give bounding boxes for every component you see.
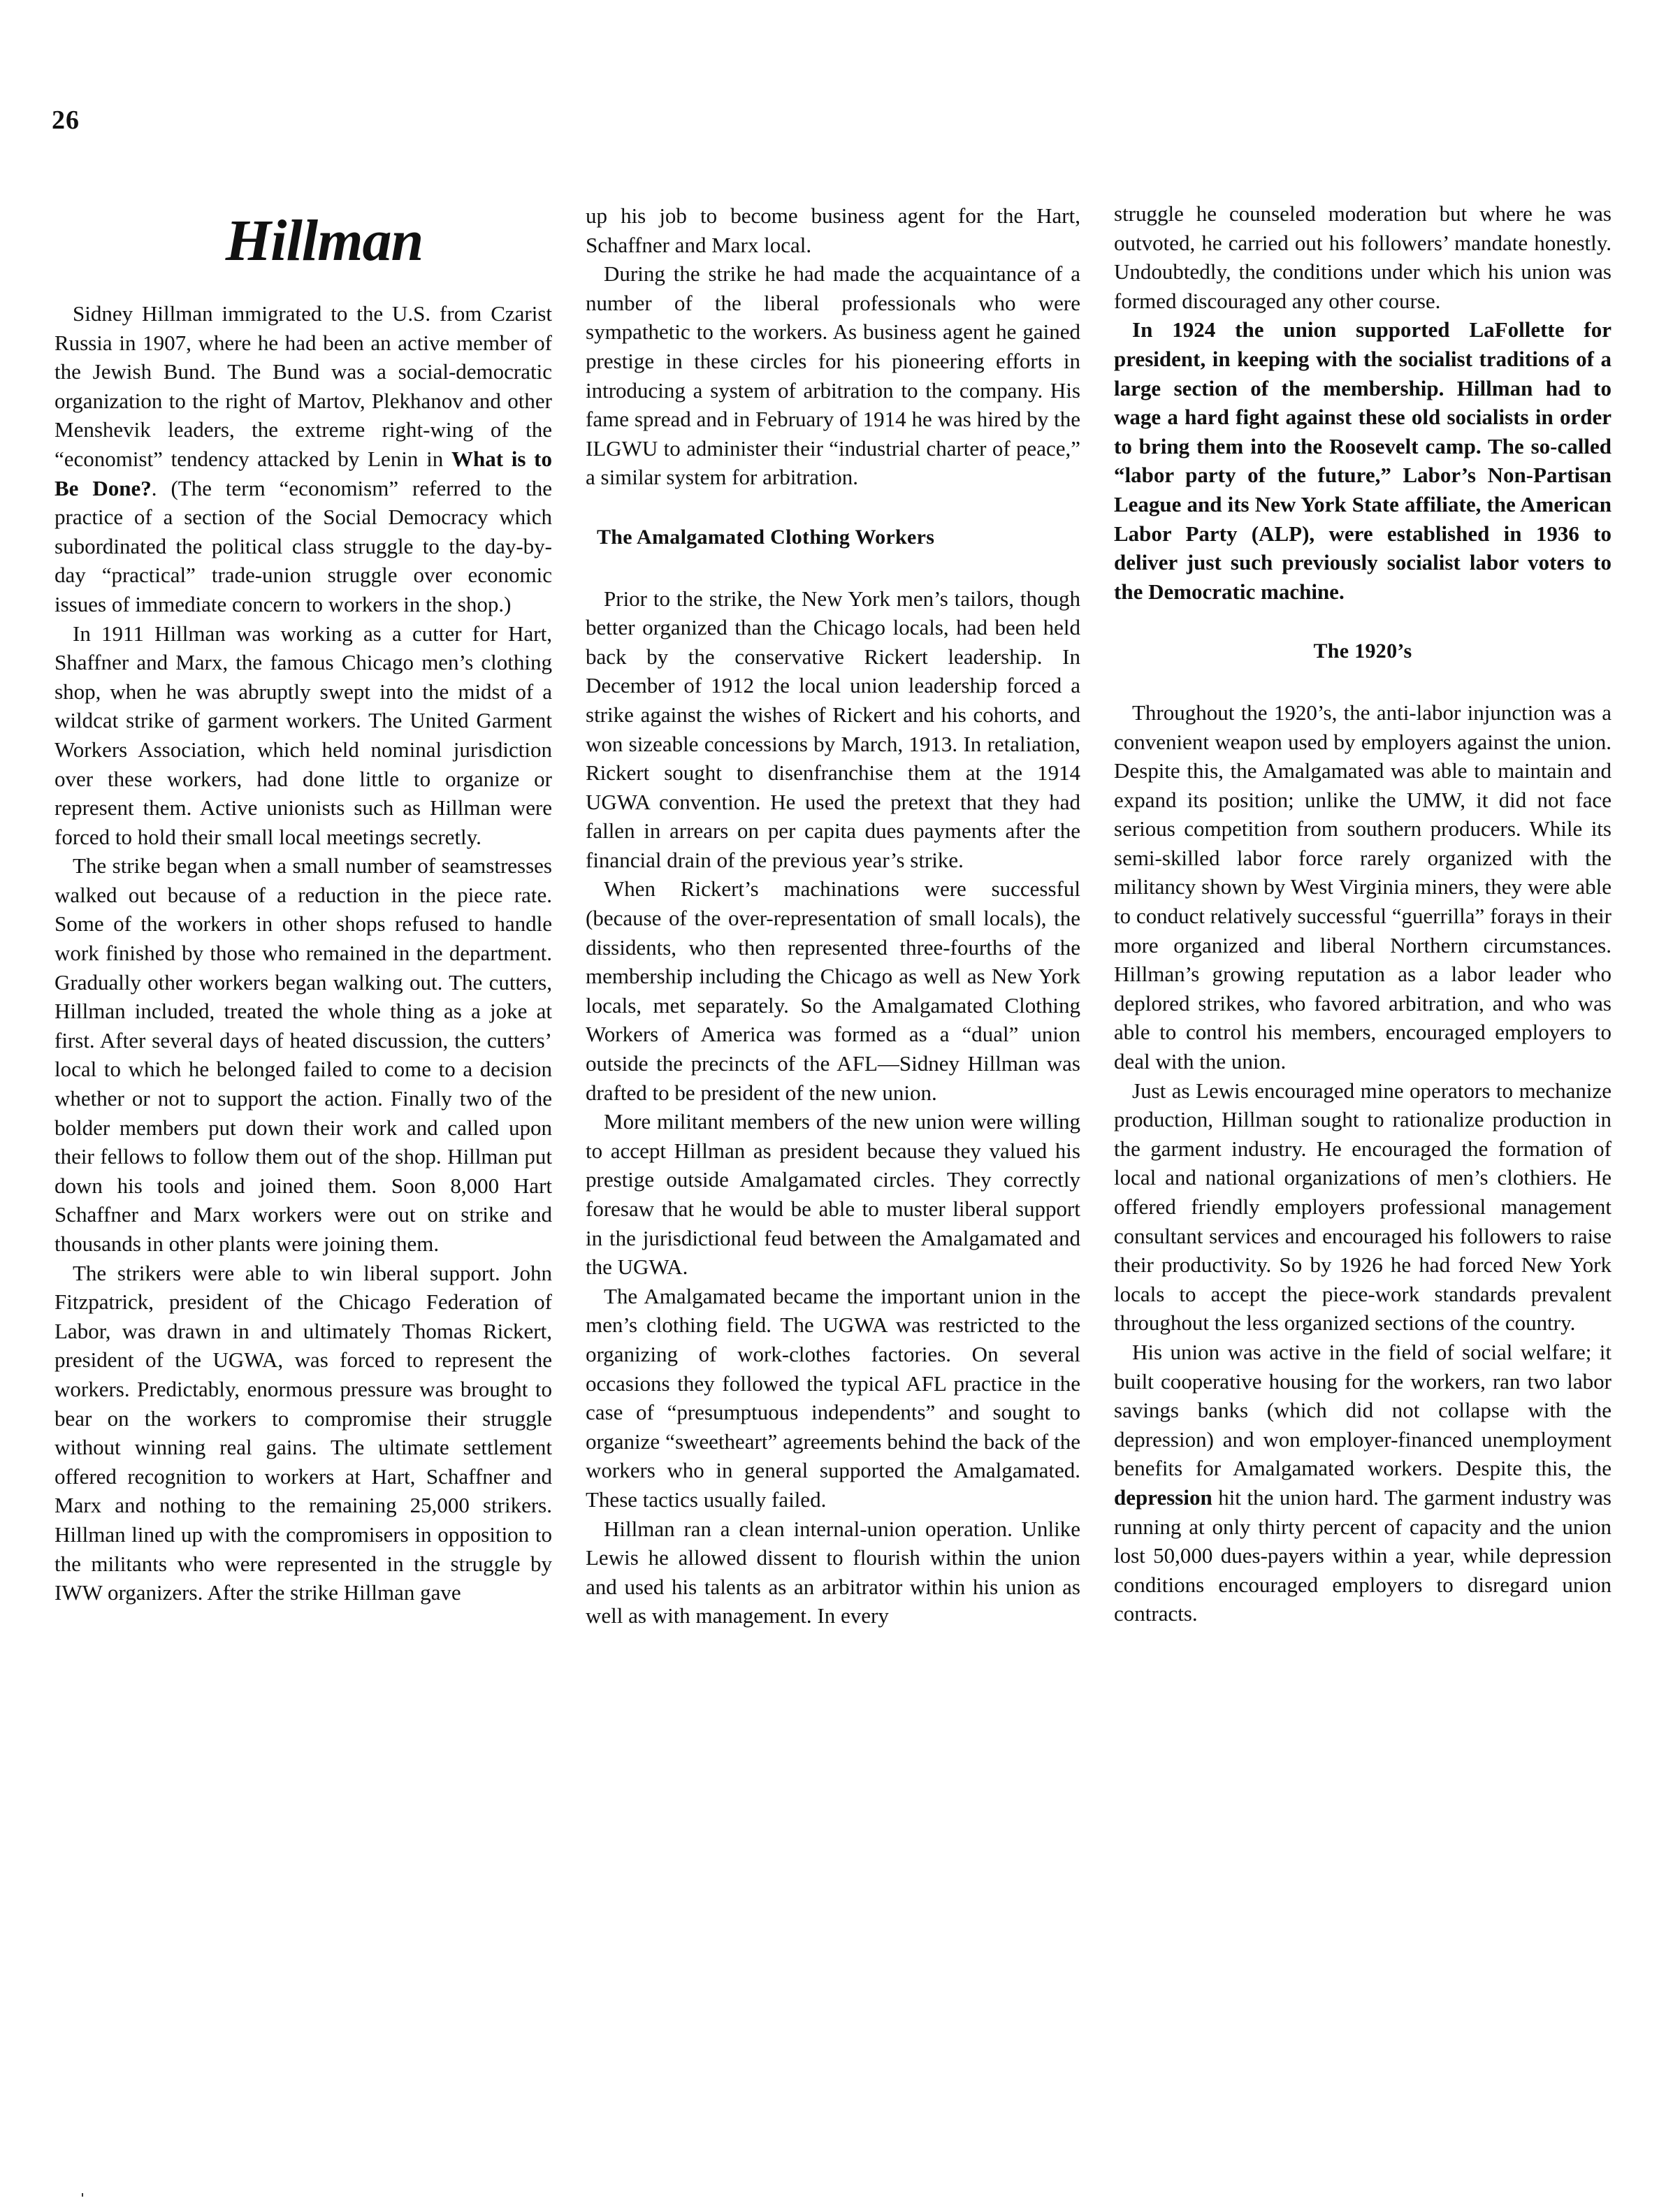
paragraph-counseled-moderation: struggle he counseled moderation but whe… <box>1114 199 1612 315</box>
column-2: up his job to become business agent for … <box>586 201 1080 1631</box>
paragraph-militant-members: More militant members of the new union w… <box>586 1107 1080 1282</box>
page-number: 26 <box>52 105 80 136</box>
paragraph-liberal-support: The strikers were able to win liberal su… <box>55 1259 552 1607</box>
paragraph-new-york-tailors: Prior to the strike, the New York men’s … <box>586 584 1080 875</box>
column-1: Hillman Sidney Hillman immigrated to the… <box>55 210 552 1607</box>
paragraph-social-welfare-text-a: His union was active in the field of soc… <box>1114 1340 1612 1480</box>
paragraph-anti-labor-injunction: Throughout the 1920’s, the anti-labor in… <box>1114 698 1612 1076</box>
section-heading-1920s: The 1920’s <box>1114 637 1612 666</box>
article-title: Hillman <box>96 210 552 273</box>
paragraph-liberal-professionals: During the strike he had made the acquai… <box>586 259 1080 492</box>
paragraph-intro: Sidney Hillman immigrated to the U.S. fr… <box>55 299 552 619</box>
emphasis-depression: depression <box>1114 1485 1212 1510</box>
section-heading-amalgamated: The Amalgamated Clothing Workers <box>586 523 1080 552</box>
paragraph-business-agent: up his job to become business agent for … <box>586 201 1080 259</box>
paragraph-rickert-machinations: When Rickert’s machinations were success… <box>586 874 1080 1107</box>
paragraph-social-welfare: His union was active in the field of soc… <box>1114 1338 1612 1628</box>
paragraph-rationalize-production: Just as Lewis encouraged mine operators … <box>1114 1076 1612 1338</box>
paragraph-important-union: The Amalgamated became the important uni… <box>586 1282 1080 1515</box>
scan-speck <box>82 2193 83 2197</box>
paragraph-strike-began: The strike began when a small number of … <box>55 851 552 1258</box>
paragraph-1911-cutter: In 1911 Hillman was working as a cutter … <box>55 619 552 852</box>
paragraph-1924-lafollette: In 1924 the union supported LaFollette f… <box>1114 315 1612 606</box>
paragraph-intro-text-a: Sidney Hillman immigrated to the U.S. fr… <box>55 301 552 471</box>
paragraph-clean-operation: Hillman ran a clean internal-union opera… <box>586 1515 1080 1631</box>
column-3: struggle he counseled moderation but whe… <box>1114 199 1612 1628</box>
